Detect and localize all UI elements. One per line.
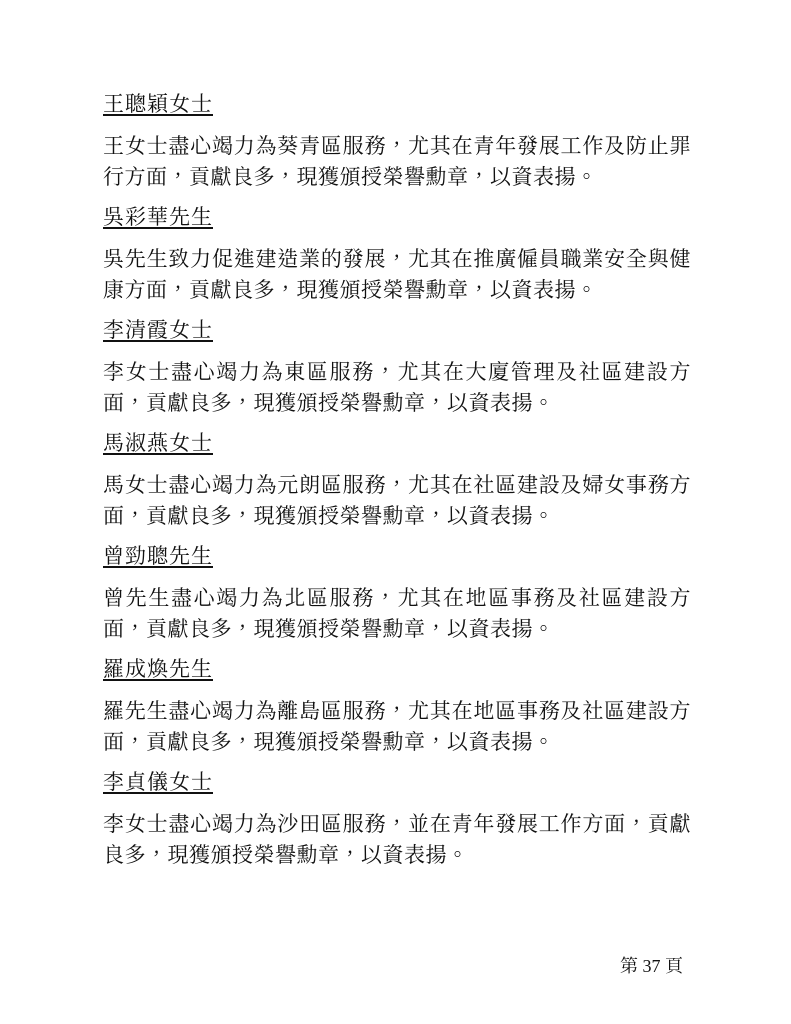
honoree-citation: 李女士盡心竭力為沙田區服務，並在青年發展工作方面，貢獻良多，現獲頒授榮譽勳章，以… bbox=[103, 809, 691, 871]
honoree-citation: 馬女士盡心竭力為元朗區服務，尤其在社區建設及婦女事務方面，貢獻良多，現獲頒授榮譽… bbox=[103, 470, 691, 532]
honoree-name-heading: 李貞儀女士 bbox=[103, 767, 691, 798]
honoree-section: 曾勁聰先生 曾先生盡心竭力為北區服務，尤其在地區事務及社區建設方面，貢獻良多，現… bbox=[103, 541, 691, 645]
honoree-citation: 羅先生盡心竭力為離島區服務，尤其在地區事務及社區建設方面，貢獻良多，現獲頒授榮譽… bbox=[103, 696, 691, 758]
honoree-citation: 李女士盡心竭力為東區服務，尤其在大廈管理及社區建設方面，貢獻良多，現獲頒授榮譽勳… bbox=[103, 357, 691, 419]
honoree-section: 李清霞女士 李女士盡心竭力為東區服務，尤其在大廈管理及社區建設方面，貢獻良多，現… bbox=[103, 315, 691, 419]
honoree-name-heading: 馬淑燕女士 bbox=[103, 428, 691, 459]
honoree-citation: 吳先生致力促進建造業的發展，尤其在推廣僱員職業安全與健康方面，貢獻良多，現獲頒授… bbox=[103, 244, 691, 306]
honoree-section: 王聰穎女士 王女士盡心竭力為葵青區服務，尤其在青年發展工作及防止罪行方面，貢獻良… bbox=[103, 89, 691, 193]
honoree-name-heading: 羅成煥先生 bbox=[103, 654, 691, 685]
honoree-name-heading: 李清霞女士 bbox=[103, 315, 691, 346]
document-body: 王聰穎女士 王女士盡心竭力為葵青區服務，尤其在青年發展工作及防止罪行方面，貢獻良… bbox=[103, 89, 691, 880]
honoree-section: 羅成煥先生 羅先生盡心竭力為離島區服務，尤其在地區事務及社區建設方面，貢獻良多，… bbox=[103, 654, 691, 758]
honoree-section: 李貞儀女士 李女士盡心竭力為沙田區服務，並在青年發展工作方面，貢獻良多，現獲頒授… bbox=[103, 767, 691, 871]
honoree-section: 吳彩華先生 吳先生致力促進建造業的發展，尤其在推廣僱員職業安全與健康方面，貢獻良… bbox=[103, 202, 691, 306]
honoree-citation: 曾先生盡心竭力為北區服務，尤其在地區事務及社區建設方面，貢獻良多，現獲頒授榮譽勳… bbox=[103, 583, 691, 645]
honoree-citation: 王女士盡心竭力為葵青區服務，尤其在青年發展工作及防止罪行方面，貢獻良多，現獲頒授… bbox=[103, 131, 691, 193]
honoree-name-heading: 曾勁聰先生 bbox=[103, 541, 691, 572]
honoree-name-heading: 吳彩華先生 bbox=[103, 202, 691, 233]
document-page: 王聰穎女士 王女士盡心竭力為葵青區服務，尤其在青年發展工作及防止罪行方面，貢獻良… bbox=[0, 0, 791, 1024]
honoree-section: 馬淑燕女士 馬女士盡心竭力為元朗區服務，尤其在社區建設及婦女事務方面，貢獻良多，… bbox=[103, 428, 691, 532]
honoree-name-heading: 王聰穎女士 bbox=[103, 89, 691, 120]
page-number: 第 37 頁 bbox=[620, 955, 683, 977]
